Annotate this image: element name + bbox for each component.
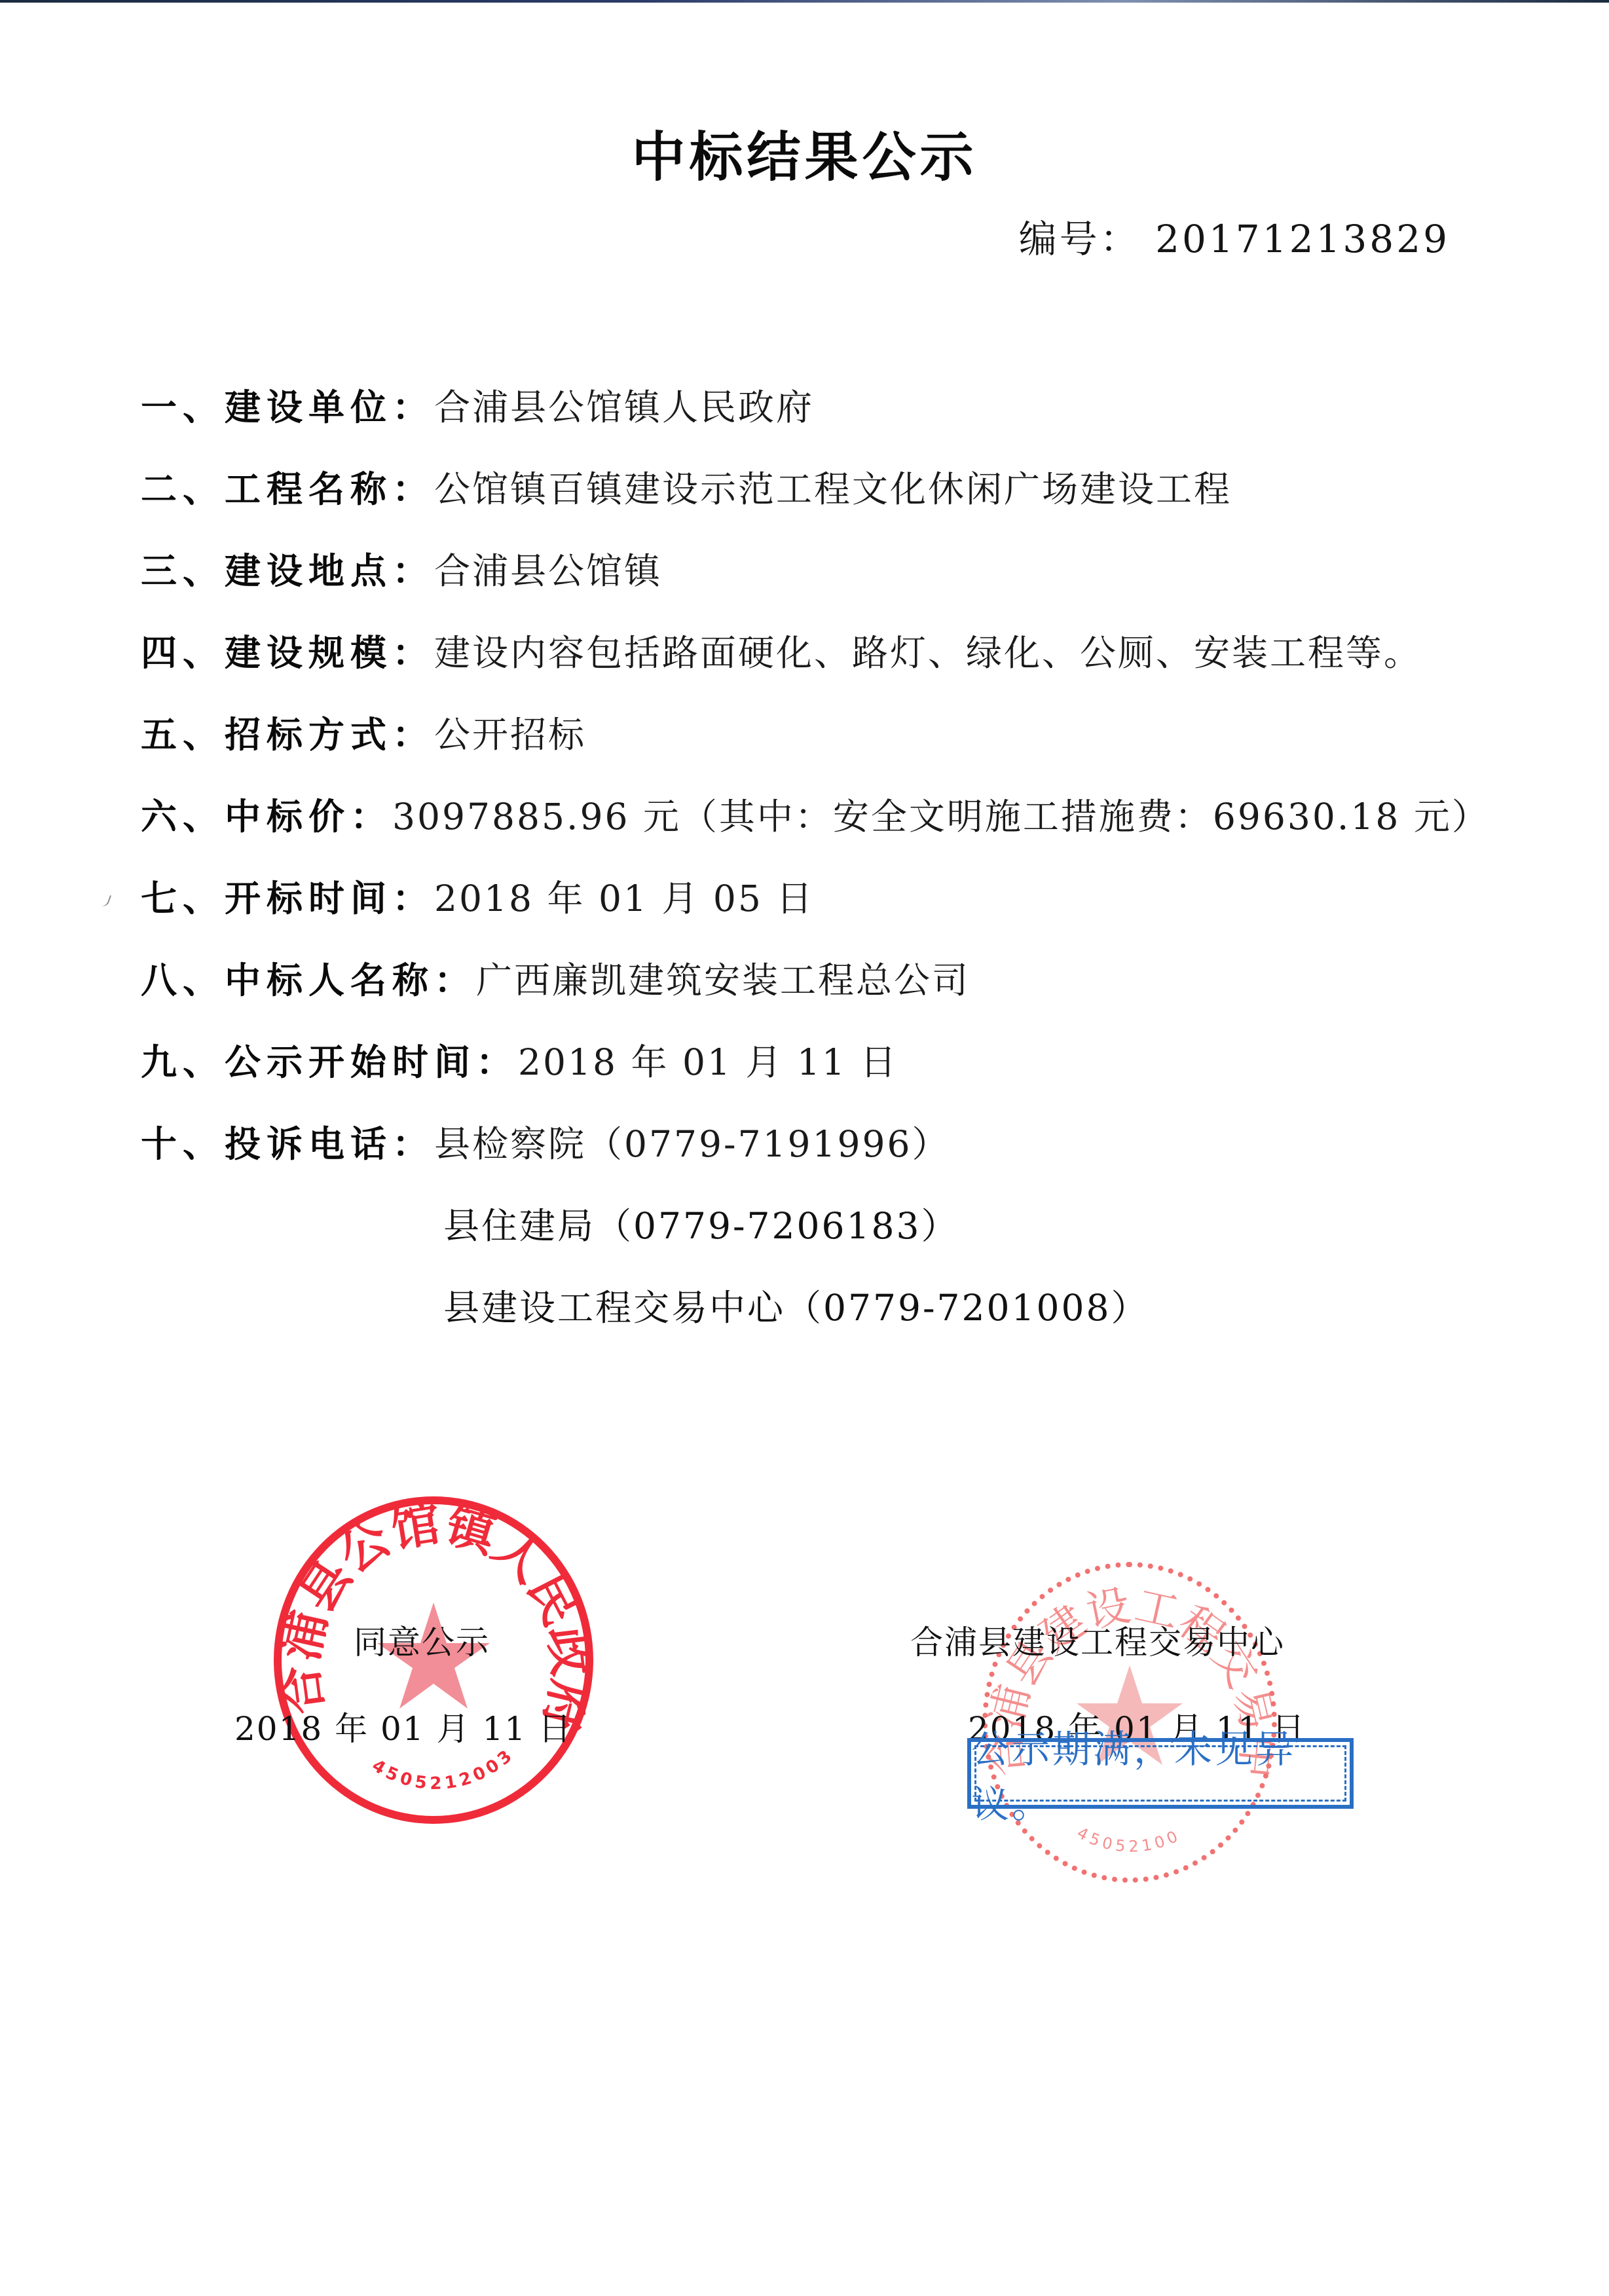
left-signature-date: 2018 年 01 月 11 日 (234, 1703, 572, 1750)
document-title: 中标结果公示 (0, 115, 1609, 191)
item-label: 一、建设单位： (141, 379, 434, 430)
item-scale: 四、建设规模： 建设内容包括路面硬化、路灯、绿化、公厕、安装工程等。 (141, 624, 1516, 706)
item-location: 三、建设地点： 合浦县公馆镇 (141, 542, 1516, 624)
scan-mark (100, 893, 111, 908)
scan-top-edge (0, 0, 1609, 3)
item-value: 2018 年 01 月 11 日 (518, 1033, 898, 1085)
approve-publicity-text: 同意公示 (354, 1616, 490, 1663)
item-publicity-start: 九、公示开始时间： 2018 年 01 月 11 日 (141, 1033, 1516, 1115)
item-value: 公馆镇百镇建设示范工程文化休闲广场建设工程 (434, 460, 1232, 512)
trading-center-name: 合浦县建设工程交易中心 (910, 1616, 1285, 1663)
item-label: 三、建设地点： (141, 542, 434, 594)
complaint-line-trading-center: 县建设工程交易中心（0779-7201008） (141, 1279, 1516, 1361)
item-label: 六、中标价： (141, 788, 392, 840)
item-winner-name: 八、中标人名称： 广西廉凯建筑安装工程总公司 (141, 952, 1516, 1033)
item-value: 2018 年 01 月 05 日 (434, 870, 814, 921)
item-label: 五、招标方式： (141, 706, 434, 758)
item-value: 广西廉凯建筑安装工程总公司 (476, 952, 970, 1003)
item-construction-unit: 一、建设单位： 合浦县公馆镇人民政府 (141, 379, 1516, 460)
complaint-line-housing-bureau: 县住建局（0779-7206183） (141, 1197, 1516, 1279)
announcement-items: 一、建设单位： 合浦县公馆镇人民政府 二、工程名称： 公馆镇百镇建设示范工程文化… (141, 379, 1516, 1361)
item-label: 七、开标时间： (141, 870, 434, 921)
publicity-expired-stamp: 公示期满，未见异议。 (967, 1738, 1354, 1809)
item-opening-time: 七、开标时间： 2018 年 01 月 05 日 (141, 870, 1516, 952)
item-winning-price: 六、中标价： 3097885.96 元（其中：安全文明施工措施费：69630.1… (141, 788, 1516, 870)
item-label: 四、建设规模： (141, 624, 434, 676)
item-bidding-method: 五、招标方式： 公开招标 (141, 706, 1516, 788)
item-label: 十、投诉电话： (141, 1115, 434, 1167)
item-label: 九、公示开始时间： (141, 1033, 518, 1085)
item-value: 公开招标 (434, 706, 586, 758)
item-complaint-phone: 十、投诉电话： 县检察院（0779-7191996） (141, 1115, 1516, 1197)
item-label: 二、工程名称： (141, 460, 434, 512)
item-value: 县检察院（0779-7191996） (434, 1115, 950, 1167)
item-value: 合浦县公馆镇 (434, 542, 662, 594)
serial-number: 编号： 20171213829 (1019, 208, 1450, 263)
item-value: 合浦县公馆镇人民政府 (434, 379, 814, 430)
item-value: 建设内容包括路面硬化、路灯、绿化、公厕、安装工程等。 (434, 624, 1422, 676)
item-label: 八、中标人名称： (141, 952, 476, 1003)
item-project-name: 二、工程名称： 公馆镇百镇建设示范工程文化休闲广场建设工程 (141, 460, 1516, 542)
item-value: 3097885.96 元（其中：安全文明施工措施费：69630.18 元） (392, 788, 1490, 840)
